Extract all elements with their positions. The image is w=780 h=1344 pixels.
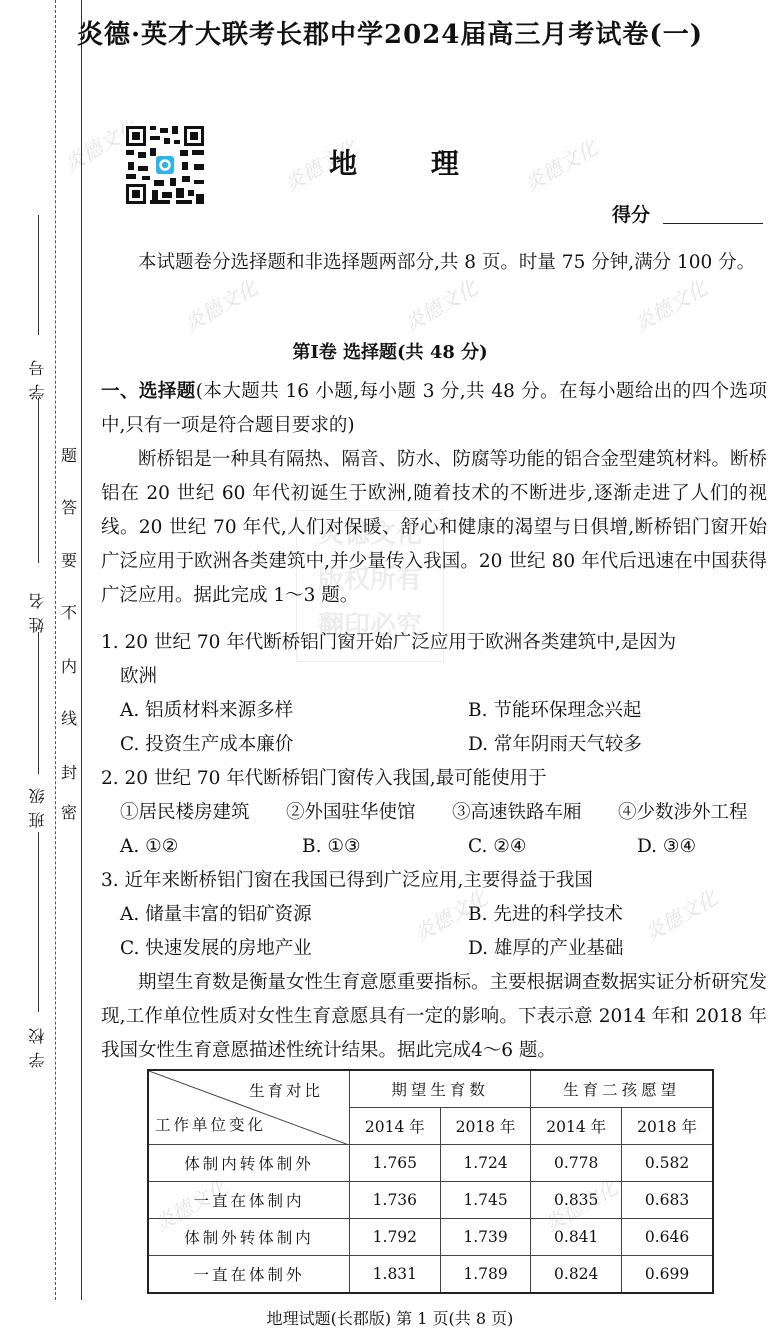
corner-bottom-label: 工作单位变化 [155,1113,266,1135]
seal-text: 内 [59,654,79,677]
question-2-option-b[interactable]: B. ①③ [302,830,361,864]
table-cell: 0.824 [531,1256,622,1294]
seal-text: 不 [59,600,79,623]
seal-text: 封 [59,760,79,783]
question-1-option-b[interactable]: B. 节能环保理念兴起 [468,694,641,728]
seal-text: 要 [59,548,79,571]
cut-line [55,0,56,1300]
class-field-line[interactable] [38,632,39,774]
question-3-option-a[interactable]: A. 储量丰富的铝矿资源 [120,898,312,932]
question-1-stem-cont: 欧洲 [120,660,157,694]
table-row-label: 一直在体制内 [148,1182,350,1219]
table-header-row: 生育对比 工作单位变化 期望生育数 生育二孩愿望 [148,1070,713,1108]
table-year-header: 2018 年 [440,1108,531,1145]
name-field-line[interactable] [38,398,39,563]
fertility-table: 生育对比 工作单位变化 期望生育数 生育二孩愿望 2014 年 2018 年 2… [147,1069,714,1294]
section-title: 第Ⅰ卷 选择题(共 48 分) [0,338,780,364]
class-label: 班级 [26,780,49,828]
seal-text: 密 [59,800,79,823]
table-cell: 0.699 [622,1256,713,1294]
table-cell: 0.683 [622,1182,713,1219]
table-row: 体制内转体制外 1.765 1.724 0.778 0.582 [148,1145,713,1182]
passage-2: 期望生育数是衡量女性生育意愿重要指标。主要根据调查数据实证分析研究发现,工作单位… [101,966,767,1068]
table-cell: 0.778 [531,1145,622,1182]
part-label: 一、选择题 [101,381,196,402]
table-cell: 1.736 [350,1182,441,1219]
seal-text: 答 [59,495,79,518]
subject-title: 地 理 [0,142,780,182]
table-group-header: 生育二孩愿望 [531,1070,713,1108]
seal-line [81,0,82,1300]
question-1-option-c[interactable]: C. 投资生产成本廉价 [120,728,293,762]
table-year-header: 2018 年 [622,1108,713,1145]
question-2-item-3: ③高速铁路车厢 [452,796,582,830]
seal-text: 题 [59,443,79,466]
table-cell: 0.841 [531,1219,622,1256]
exam-instructions: 本试题卷分选择题和非选择题两部分,共 8 页。时量 75 分钟,满分 100 分… [101,246,767,280]
part-description: (本大题共 16 小题,每小题 3 分,共 48 分。在每小题给出的四个选项中,… [101,381,767,436]
question-2-item-1: ①居民楼房建筑 [120,796,250,830]
table-cell: 1.792 [350,1219,441,1256]
table-row: 一直在体制内 1.736 1.745 0.835 0.683 [148,1182,713,1219]
table-row: 一直在体制外 1.831 1.789 0.824 0.699 [148,1256,713,1294]
passage-1: 断桥铝是一种具有隔热、隔音、防水、防腐等功能的铝合金型建筑材料。断桥铝在 20 … [101,443,767,613]
question-3-option-b[interactable]: B. 先进的科学技术 [468,898,623,932]
table-corner-cell: 生育对比 工作单位变化 [148,1070,350,1145]
table-row: 体制外转体制内 1.792 1.739 0.841 0.646 [148,1219,713,1256]
question-2-item-2: ②外国驻华使馆 [286,796,416,830]
table-cell: 1.831 [350,1256,441,1294]
watermark: 炎德文化 [178,272,262,337]
table-cell: 0.646 [622,1219,713,1256]
watermark: 炎德文化 [398,272,482,337]
question-2-option-c[interactable]: C. ②④ [468,830,526,864]
table-cell: 1.724 [440,1145,531,1182]
exam-title: 炎德·英才大联考长郡中学2024届高三月考试卷(一) [0,14,780,51]
student-id-field-line[interactable] [38,215,39,335]
table-cell: 1.765 [350,1145,441,1182]
question-1-option-d[interactable]: D. 常年阴雨天气较多 [468,728,642,762]
name-label: 姓名 [26,585,49,633]
question-2-stem: 2. 20 世纪 70 年代断桥铝门窗传入我国,最可能使用于 [101,762,547,796]
table-cell: 1.739 [440,1219,531,1256]
table-cell: 0.582 [622,1145,713,1182]
part-heading: 一、选择题(本大题共 16 小题,每小题 3 分,共 48 分。在每小题给出的四… [101,375,767,443]
question-2-item-4: ④少数涉外工程 [618,796,748,830]
table-group-header: 期望生育数 [350,1070,531,1108]
table-row-label: 一直在体制外 [148,1256,350,1294]
question-1-option-a[interactable]: A. 铝质材料来源多样 [120,694,293,728]
school-label: 学校 [26,1020,49,1068]
page-footer: 地理试题(长郡版) 第 1 页(共 8 页) [0,1306,780,1329]
watermark: 炎德文化 [628,272,712,337]
corner-top-label: 生育对比 [249,1079,323,1101]
table-year-header: 2014 年 [531,1108,622,1145]
question-2-option-a[interactable]: A. ①② [120,830,178,864]
score-field[interactable] [663,223,763,224]
question-3-option-d[interactable]: D. 雄厚的产业基础 [468,932,623,966]
table-cell: 1.789 [440,1256,531,1294]
table-row-label: 体制内转体制外 [148,1145,350,1182]
table-year-header: 2014 年 [350,1108,441,1145]
seal-text: 线 [59,706,79,729]
table-cell: 1.745 [440,1182,531,1219]
table-row-label: 体制外转体制内 [148,1219,350,1256]
table-cell: 0.835 [531,1182,622,1219]
school-field-line[interactable] [38,832,39,1012]
watermark: 炎德文化 [638,882,722,947]
score-label: 得分 [612,200,650,227]
question-1-stem: 1. 20 世纪 70 年代断桥铝门窗开始广泛应用于欧洲各类建筑中,是因为 [101,626,767,660]
question-3-stem: 3. 近年来断桥铝门窗在我国已得到广泛应用,主要得益于我国 [101,864,593,898]
question-3-option-c[interactable]: C. 快速发展的房地产业 [120,932,312,966]
question-2-option-d[interactable]: D. ③④ [637,830,696,864]
